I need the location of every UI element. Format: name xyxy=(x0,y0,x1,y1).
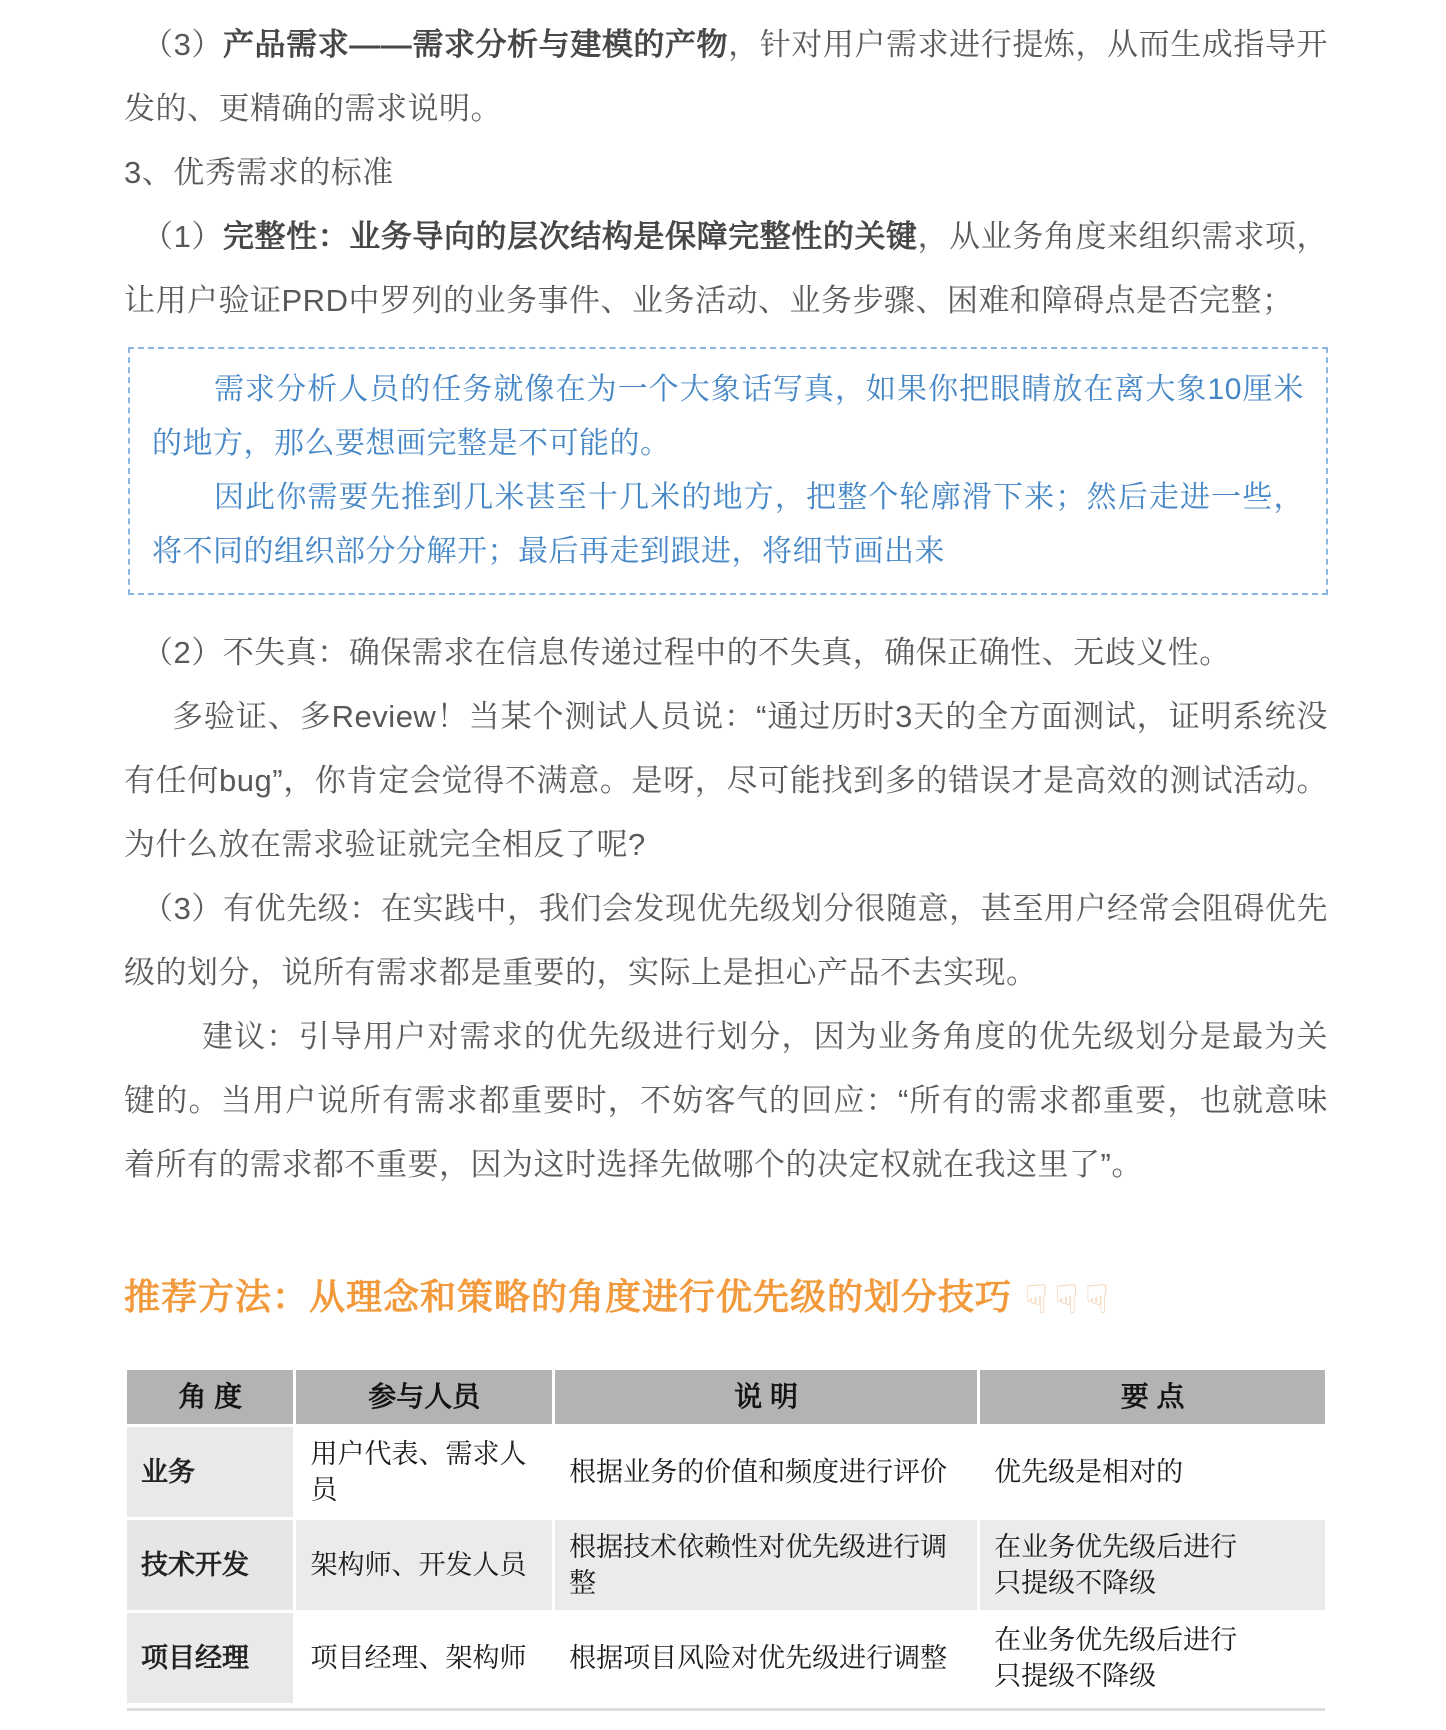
paragraph-prefix: （3） xyxy=(142,27,223,62)
pointing-down-hand-icons: ☟☟☟ xyxy=(1024,1277,1115,1323)
cell-angle: 业务 xyxy=(127,1427,293,1517)
header-angle: 角 度 xyxy=(127,1370,293,1424)
cell-key-points: 在业务优先级后进行 只提级不降级 xyxy=(980,1520,1325,1610)
header-key-points: 要 点 xyxy=(980,1370,1325,1424)
cell-description: 根据业务的价值和频度进行评价 xyxy=(555,1427,977,1517)
paragraph-review: 多验证、多Review！当某个测试人员说：“通过历时3天的全方面测试，证明系统没… xyxy=(124,685,1328,877)
recommend-heading-text: 推荐方法：从理念和策略的角度进行优先级的划分技巧 xyxy=(124,1276,1012,1317)
heading-good-requirement-standards: 3、优秀需求的标准 xyxy=(124,141,1328,205)
paragraph-suggestion: 建议：引导用户对需求的优先级进行划分，因为业务角度的优先级划分是最为关键的。当用… xyxy=(124,1005,1328,1197)
table-bottom-divider xyxy=(127,1708,1325,1711)
quote-paragraph-1: 需求分析人员的任务就像在为一个大象话写真，如果你把眼睛放在离大象10厘米的地方，… xyxy=(152,363,1304,471)
table-row-business: 业务 用户代表、需求人员 根据业务的价值和频度进行评价 优先级是相对的 xyxy=(127,1427,1325,1517)
quote-paragraph-2: 因此你需要先推到几米甚至十几米的地方，把整个轮廓滑下来；然后走进一些，将不同的组… xyxy=(152,471,1304,579)
bold-product-requirement: 产品需求——需求分析与建模的产物 xyxy=(223,27,728,62)
quote-box-elephant-analogy: 需求分析人员的任务就像在为一个大象话写真，如果你把眼睛放在离大象10厘米的地方，… xyxy=(128,347,1328,595)
table-header-row: 角 度 参与人员 说 明 要 点 xyxy=(127,1370,1325,1424)
cell-participants: 架构师、开发人员 xyxy=(296,1520,552,1610)
header-participants: 参与人员 xyxy=(296,1370,552,1424)
bold-completeness: 完整性：业务导向的层次结构是保障完整性的关键 xyxy=(223,219,918,254)
cell-participants: 用户代表、需求人员 xyxy=(296,1427,552,1517)
key-point-line: 在业务优先级后进行 xyxy=(994,1622,1311,1658)
paragraph-product-requirement: （3）产品需求——需求分析与建模的产物，针对用户需求进行提炼，从而生成指导开发的… xyxy=(124,13,1328,141)
paragraph-fidelity: （2）不失真：确保需求在信息传递过程中的不失真，确保正确性、无歧义性。 xyxy=(124,621,1328,685)
article-content: （3）产品需求——需求分析与建模的产物，针对用户需求进行提炼，从而生成指导开发的… xyxy=(124,0,1328,1711)
paragraph-priority: （3）有优先级：在实践中，我们会发现优先级划分很随意，甚至用户经常会阻碍优先级的… xyxy=(124,877,1328,1005)
priority-division-table: 角 度 参与人员 说 明 要 点 业务 用户代表、需求人员 根据业务的价值和频度… xyxy=(124,1367,1328,1706)
header-description: 说 明 xyxy=(555,1370,977,1424)
table-row-project-manager: 项目经理 项目经理、架构师 根据项目风险对优先级进行调整 在业务优先级后进行 只… xyxy=(127,1613,1325,1703)
cell-angle: 项目经理 xyxy=(127,1613,293,1703)
cell-participants: 项目经理、架构师 xyxy=(296,1613,552,1703)
cell-key-points: 优先级是相对的 xyxy=(980,1427,1325,1517)
paragraph-completeness: （1）完整性：业务导向的层次结构是保障完整性的关键，从业务角度来组织需求项，让用… xyxy=(124,205,1328,333)
cell-description: 根据项目风险对优先级进行调整 xyxy=(555,1613,977,1703)
key-point-line: 只提级不降级 xyxy=(994,1658,1311,1694)
cell-angle: 技术开发 xyxy=(127,1520,293,1610)
cell-description: 根据技术依赖性对优先级进行调整 xyxy=(555,1520,977,1610)
recommend-method-heading: 推荐方法：从理念和策略的角度进行优先级的划分技巧☟☟☟ xyxy=(124,1269,1328,1323)
key-point-line: 优先级是相对的 xyxy=(994,1454,1311,1490)
paragraph-prefix: （1） xyxy=(142,219,223,254)
table-row-tech-dev: 技术开发 架构师、开发人员 根据技术依赖性对优先级进行调整 在业务优先级后进行 … xyxy=(127,1520,1325,1610)
cell-key-points: 在业务优先级后进行 只提级不降级 xyxy=(980,1613,1325,1703)
key-point-line: 在业务优先级后进行 xyxy=(994,1529,1311,1565)
key-point-line: 只提级不降级 xyxy=(994,1565,1311,1601)
